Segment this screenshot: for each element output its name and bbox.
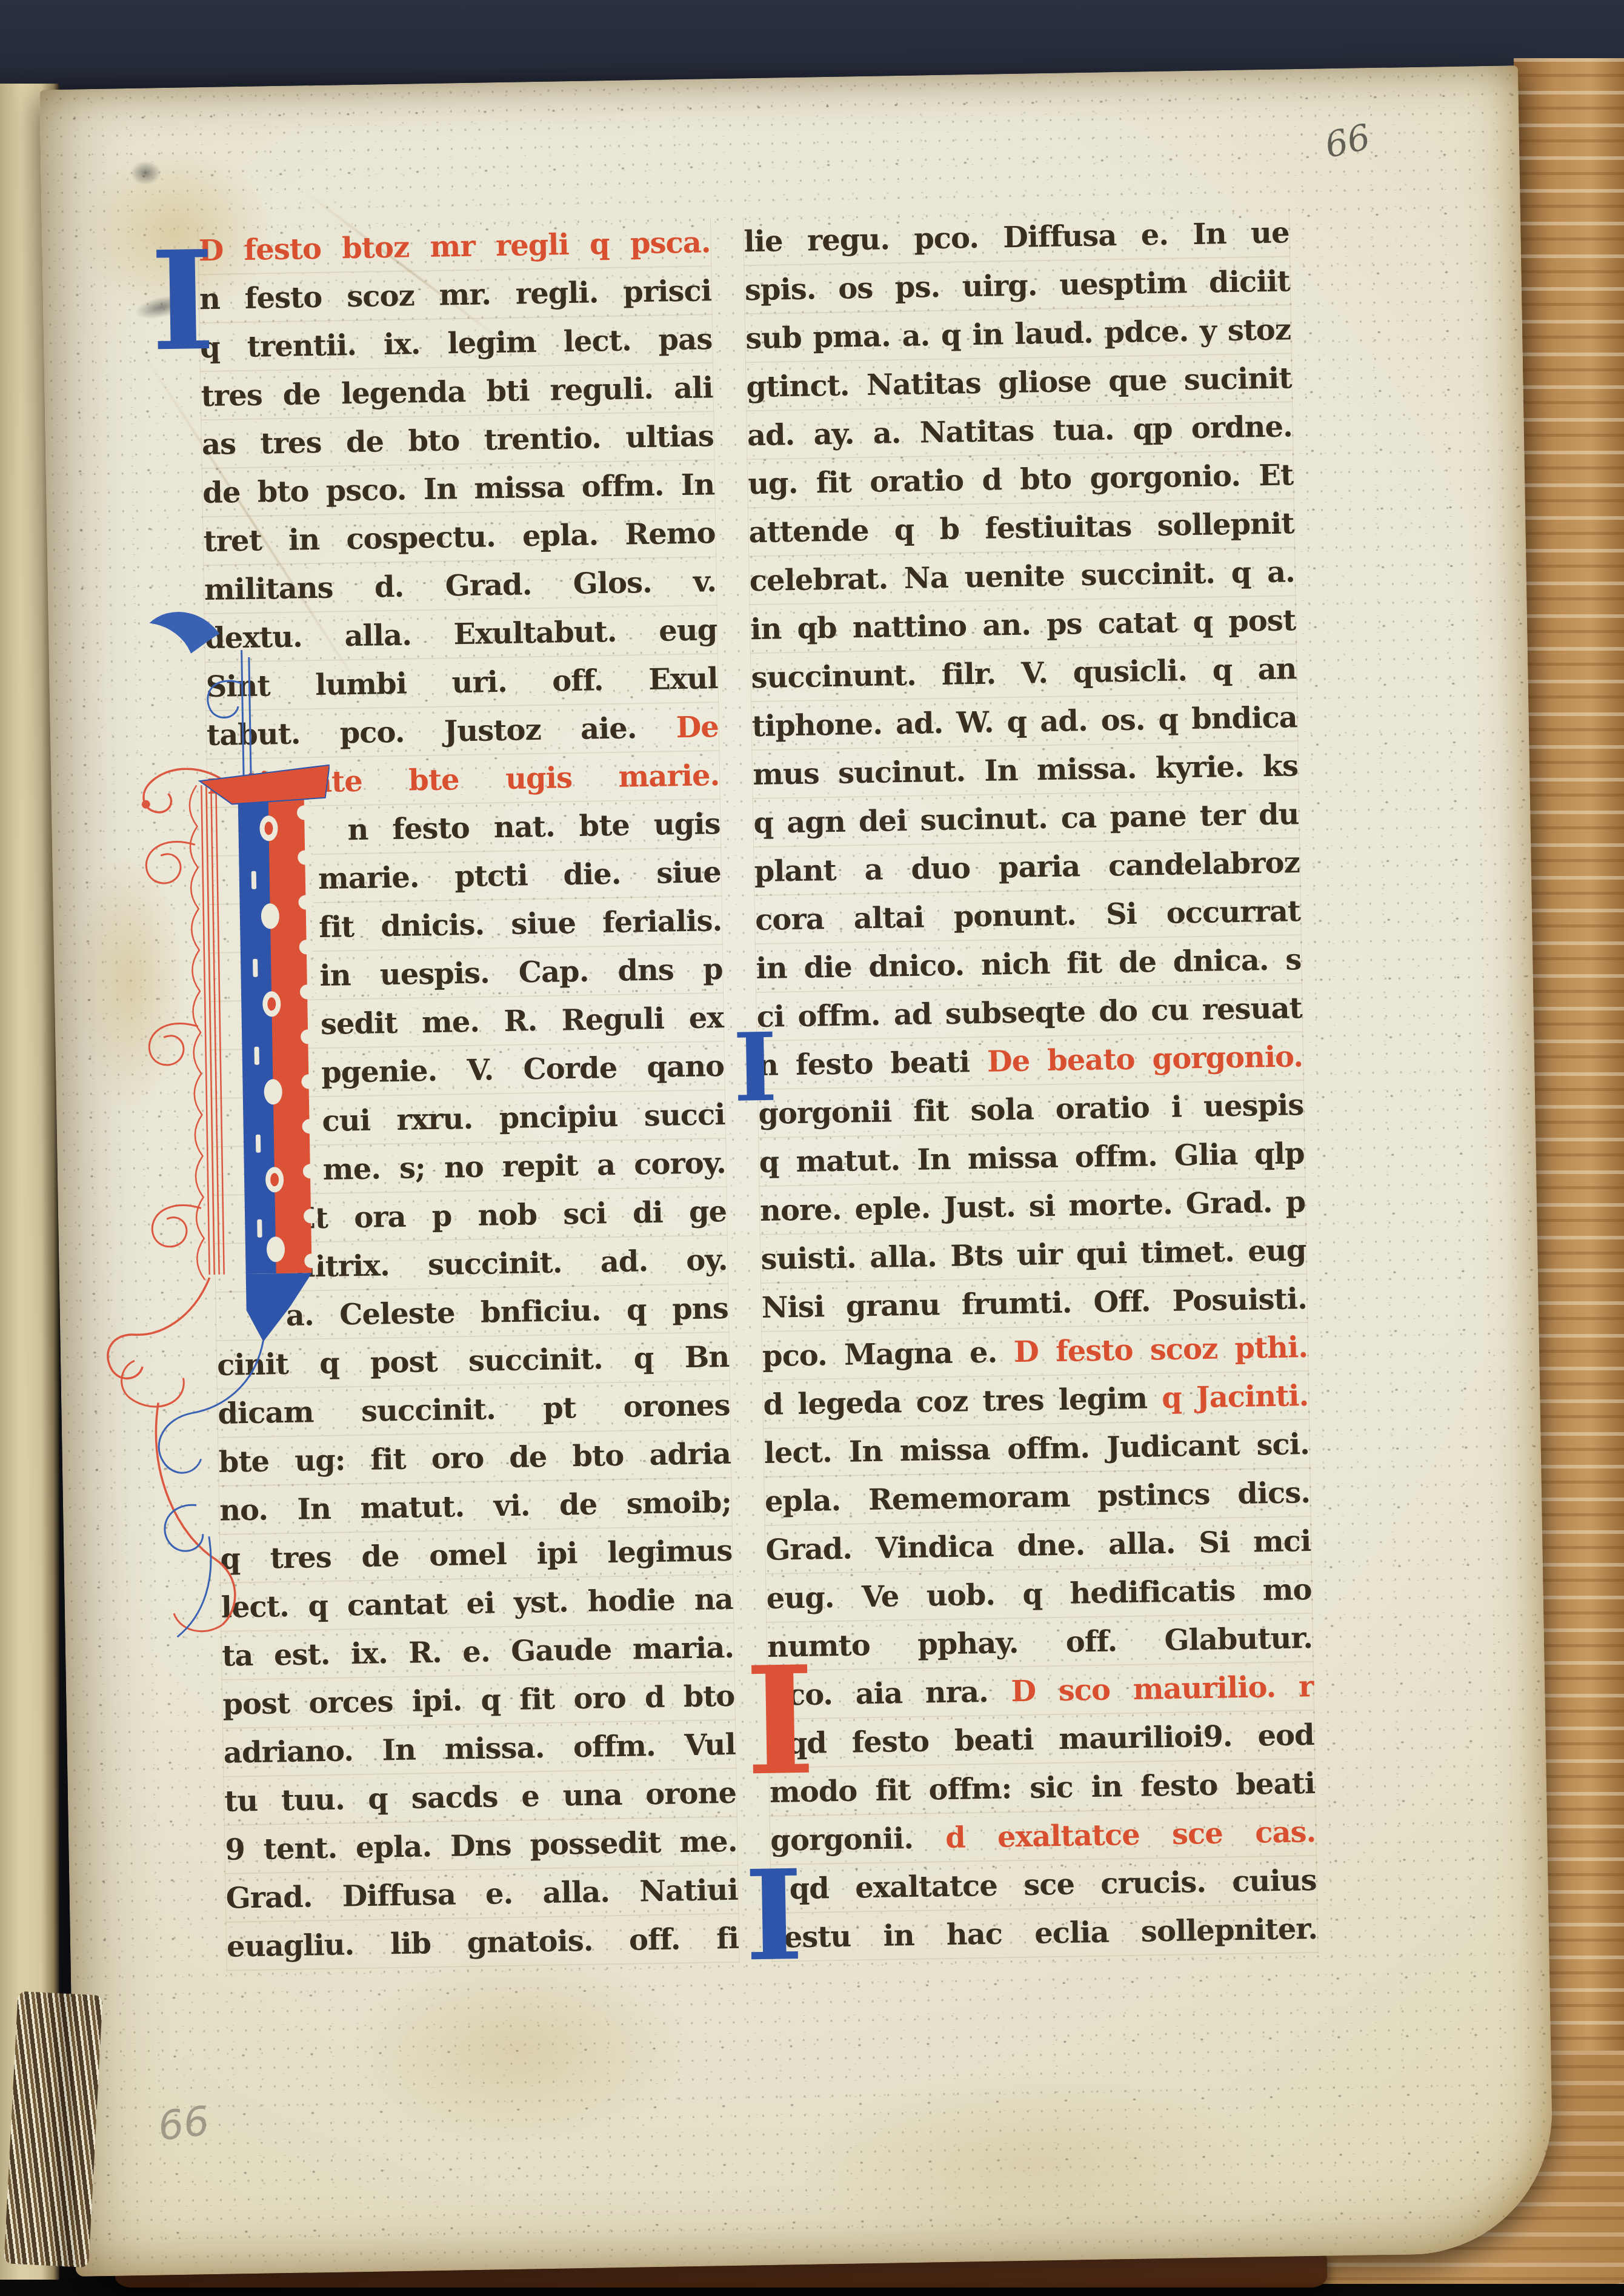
body-text: q matut. In missa offm. Glia qlp [759,1136,1305,1180]
manuscript-text-line: ug. fit oratio d bto gorgonio. Et [748,451,1294,508]
body-text: pco. Magna e. [762,1335,1014,1373]
manuscript-text-line: ci offm. ad subseqte do cu resuat [756,984,1302,1041]
parchment-stain [349,1945,691,2151]
pen-initial-I-red: I [744,1653,816,1790]
folio-number-top: 66 [1321,116,1374,166]
manuscript-text-line: sub pma. a. q in laud. pdce. y stoz [745,305,1291,363]
body-text: suisti. alla. Bts uir qui timet. eug [760,1233,1306,1276]
body-text: spis. os ps. uirg. uesptim diciit [744,264,1290,307]
body-text: pgenie. V. Corde qano [321,1049,725,1090]
initial-foot [246,1273,313,1342]
manuscript-text-line: celebrat. Na uenite succinit. q a. [749,548,1295,605]
body-text: Grad. Diffusa e. alla. Natiui [225,1873,738,1916]
body-text: nore. eple. Just. si morte. Grad. p [760,1185,1306,1228]
manuscript-text-line: Grad. Vindica dne. alla. Si mci [765,1517,1311,1574]
pen-initial-I-blue: I [733,1024,778,1112]
manuscript-text-line: n festo beati De beato gorgonio. [757,1032,1303,1090]
body-text: cora altai ponunt. Si occurrat [755,894,1301,937]
body-text: n festo nat. bte ugis [347,807,720,847]
manuscript-text-line: euagliu. lib gnatois. off. fi [226,1914,739,1971]
manuscript-text-line: epla. Rememoram pstincs dics. [764,1468,1310,1526]
ink-smudge [130,161,161,185]
manuscript-text-line: spis. os ps. uirg. uesptim diciit [744,257,1290,314]
body-text: sub pma. a. q in laud. pdce. y stoz [745,313,1291,356]
rubric-text: D festo scoz pthi. [1014,1330,1308,1369]
manuscript-text-line: q agn dei sucinut. ca pane ter du [753,790,1299,848]
manuscript-text-line: n festo scoz mr. regli. prisci [199,267,711,323]
manuscript-text-line: numto pphay. off. Glabutur. [767,1614,1313,1671]
body-text: in uespis. Cap. dns p [319,952,723,993]
red-filigree [98,768,246,1633]
manuscript-text-line: 9 tent. epla. Dns possedit me. [225,1817,737,1874]
body-text: celebrat. Na uenite succinit. q a. [749,555,1295,598]
manuscript-text-line: tret in cospectu. epla. Remo [203,509,716,566]
manuscript-photo: D festo btoz mr regli q psca.n festo sco… [0,0,1624,2296]
body-text: qd festo beati maurilioi9. eod [787,1718,1314,1760]
manuscript-text-line: Grad. Diffusa e. alla. Natiui [225,1866,738,1923]
manuscript-text-line: eug. Ve uob. q hedificatis mo [766,1565,1312,1623]
body-text: n festo scoz mr. regli. prisci [199,274,712,316]
manuscript-text-line: plant a duo paria candelabroz [754,838,1300,896]
manuscript-text-line: gorgonii. d exaltatce sce cas. [770,1808,1316,1865]
rubric-text: De beato gorgonio. [987,1040,1303,1079]
body-text: me. s; no repit a coroy. [322,1146,726,1187]
body-text: attende q b festiuitas sollepnit [748,506,1294,549]
manuscript-page: D festo btoz mr regli q psca.n festo sco… [39,65,1554,2277]
body-text: d legeda coz tres legim [763,1381,1162,1422]
manuscript-text-line: lect. In missa offm. Judicant sci. [764,1420,1310,1478]
body-text: tres de legenda bti reguli. ali [201,371,713,413]
body-text: mus sucinut. In missa. kyrie. ks [753,749,1299,792]
manuscript-text-line: tres de legenda bti reguli. ali [201,363,713,420]
manuscript-text-line: modo fit offm: sic in festo beati [769,1759,1315,1817]
body-text: nitrix. succinit. ad. oy. [294,1243,728,1284]
rubric-text: D sco maurilio. r [1011,1670,1314,1708]
manuscript-text-line: q matut. In missa offm. Glia qlp [759,1129,1305,1187]
manuscript-text-line: q trentii. ix. legim lect. pas [200,315,713,372]
manuscript-text-line: as tres de bto trentio. ultias [201,412,714,469]
illuminated-initial-I [72,558,347,1804]
body-text: Nisi granu frumti. Off. Posuisti. [761,1282,1307,1325]
body-text: sedit me. R. Reguli ex [320,1001,724,1041]
body-text: succinunt. filr. V. qusicli. q an [751,652,1297,695]
manuscript-text-line: Nisi granu frumti. Off. Posuisti. [761,1275,1307,1332]
body-text: ug. fit oratio d bto gorgonio. Et [748,458,1294,501]
body-text: epla. Rememoram pstincs dics. [765,1476,1311,1519]
body-text: ci offm. ad subseqte do cu resuat [756,991,1302,1034]
body-text: q agn dei sucinut. ca pane ter du [753,797,1299,840]
manuscript-text-line: qd festo beati maurilioi9. eod [768,1711,1314,1768]
body-text: festu in hac eclia sollepniter. [772,1912,1318,1955]
body-text: ad. ay. a. Natitas tua. qp ordne. [747,410,1293,453]
body-text: numto pphay. off. Glabutur. [767,1621,1313,1664]
manuscript-text-line: ad. ay. a. Natitas tua. qp ordne. [747,402,1293,460]
body-text: in qb nattino an. ps catat q post [750,603,1296,646]
binding-threads [4,1991,102,2268]
rubric-text: q Jacinti. [1162,1379,1309,1415]
manuscript-text-line: in qb nattino an. ps catat q post [750,596,1296,654]
manuscript-text-line: d legeda coz tres legim q Jacinti. [763,1372,1309,1429]
manuscript-text-line: nore. eple. Just. si morte. Grad. p [759,1178,1305,1235]
manuscript-text-line: mus sucinut. In missa. kyrie. ks [752,742,1298,799]
manuscript-text-line: festu in hac eclia sollepniter. [771,1905,1317,1962]
body-text: in die dnico. nich fit de dnica. s [756,943,1302,986]
manuscript-text-line: pco. Magna e. D festo scoz pthi. [762,1323,1308,1381]
folio-number-bottom: 66 [156,2097,212,2150]
pen-initial-I-blue: I [744,1859,804,1974]
body-text: marie. ptcti die. siue [318,855,721,896]
manuscript-text-line: gtinct. Natitas gliose que sucinit [746,354,1292,411]
body-text: modo fit offm: sic in festo beati [770,1767,1316,1810]
body-text: qd exaltatce sce crucis. cuius [789,1863,1317,1906]
text-column-right: lie regu. pco. Diffusa e. In uespis. os … [743,208,1319,1962]
rubric-text: d exaltatce sce cas. [945,1815,1316,1855]
body-text: tiphone. ad. W. q ad. os. q bndica [751,700,1297,743]
body-text: eug. Ve uob. q hedificatis mo [766,1573,1312,1616]
body-text: de bto psco. In missa offm. In [202,468,715,510]
manuscript-text-line: succinunt. filr. V. qusicli. q an [751,645,1297,702]
body-text: lie regu. pco. Diffusa e. In ue [744,216,1290,259]
manuscript-text-line: D festo btoz mr regli q psca. [198,218,711,275]
body-text: plant a duo paria candelabroz [754,846,1300,889]
body-text: fit dnicis. siue ferialis. [319,904,722,944]
body-text: lect. In missa offm. Judicant sci. [764,1427,1310,1470]
manuscript-text-line: suisti. alla. Bts uir qui timet. eug [760,1226,1306,1284]
manuscript-text-line: attende q b festiuitas sollepnit [748,499,1294,557]
rubric-text: D festo btoz mr regli q psca. [198,225,711,268]
body-text: gorgonii fit sola oratio i uespis [758,1088,1304,1131]
manuscript-text-line: in die dnico. nich fit de dnica. s [756,935,1302,993]
manuscript-text-line: cora altai ponunt. Si occurrat [754,887,1300,944]
initial-top-serif [199,765,330,805]
body-text: gtinct. Natitas gliose que sucinit [746,361,1292,404]
body-text: a. Celeste bnficiu. q pns [285,1292,728,1333]
body-text: Et ora p nob sci di ge [293,1195,727,1236]
manuscript-text-line: gorgonii fit sola oratio i uespis [758,1081,1304,1138]
body-text: tret in cospectu. epla. Remo [203,516,716,559]
manuscript-text-line: lie regu. pco. Diffusa e. In ue [744,208,1290,266]
parchment-stain [788,2069,1276,2258]
pen-initial-I-blue: I [150,239,216,365]
manuscript-text-line: de bto psco. In missa offm. In [202,460,715,517]
manuscript-text-line: qd exaltatce sce crucis. cuius [771,1856,1317,1914]
body-text: n festo beati [757,1045,988,1083]
manuscript-text-line: tiphone. ad. W. q ad. os. q bndica [751,693,1297,751]
rubric-text: De [676,710,719,745]
body-text: Grad. Vindica dne. alla. Si mci [765,1524,1311,1567]
body-text: 9 tent. epla. Dns possedit me. [225,1825,737,1867]
body-text: cui rxru. pncipiu succi [322,1098,725,1138]
manuscript-text-line: pco. aia nra. D sco maurilio. r [768,1662,1314,1720]
body-text: q trentii. ix. legim lect. pas [200,322,713,365]
body-text: euagliu. lib gnatois. off. fi [227,1922,739,1964]
body-text: as tres de bto trentio. ultias [202,419,714,462]
